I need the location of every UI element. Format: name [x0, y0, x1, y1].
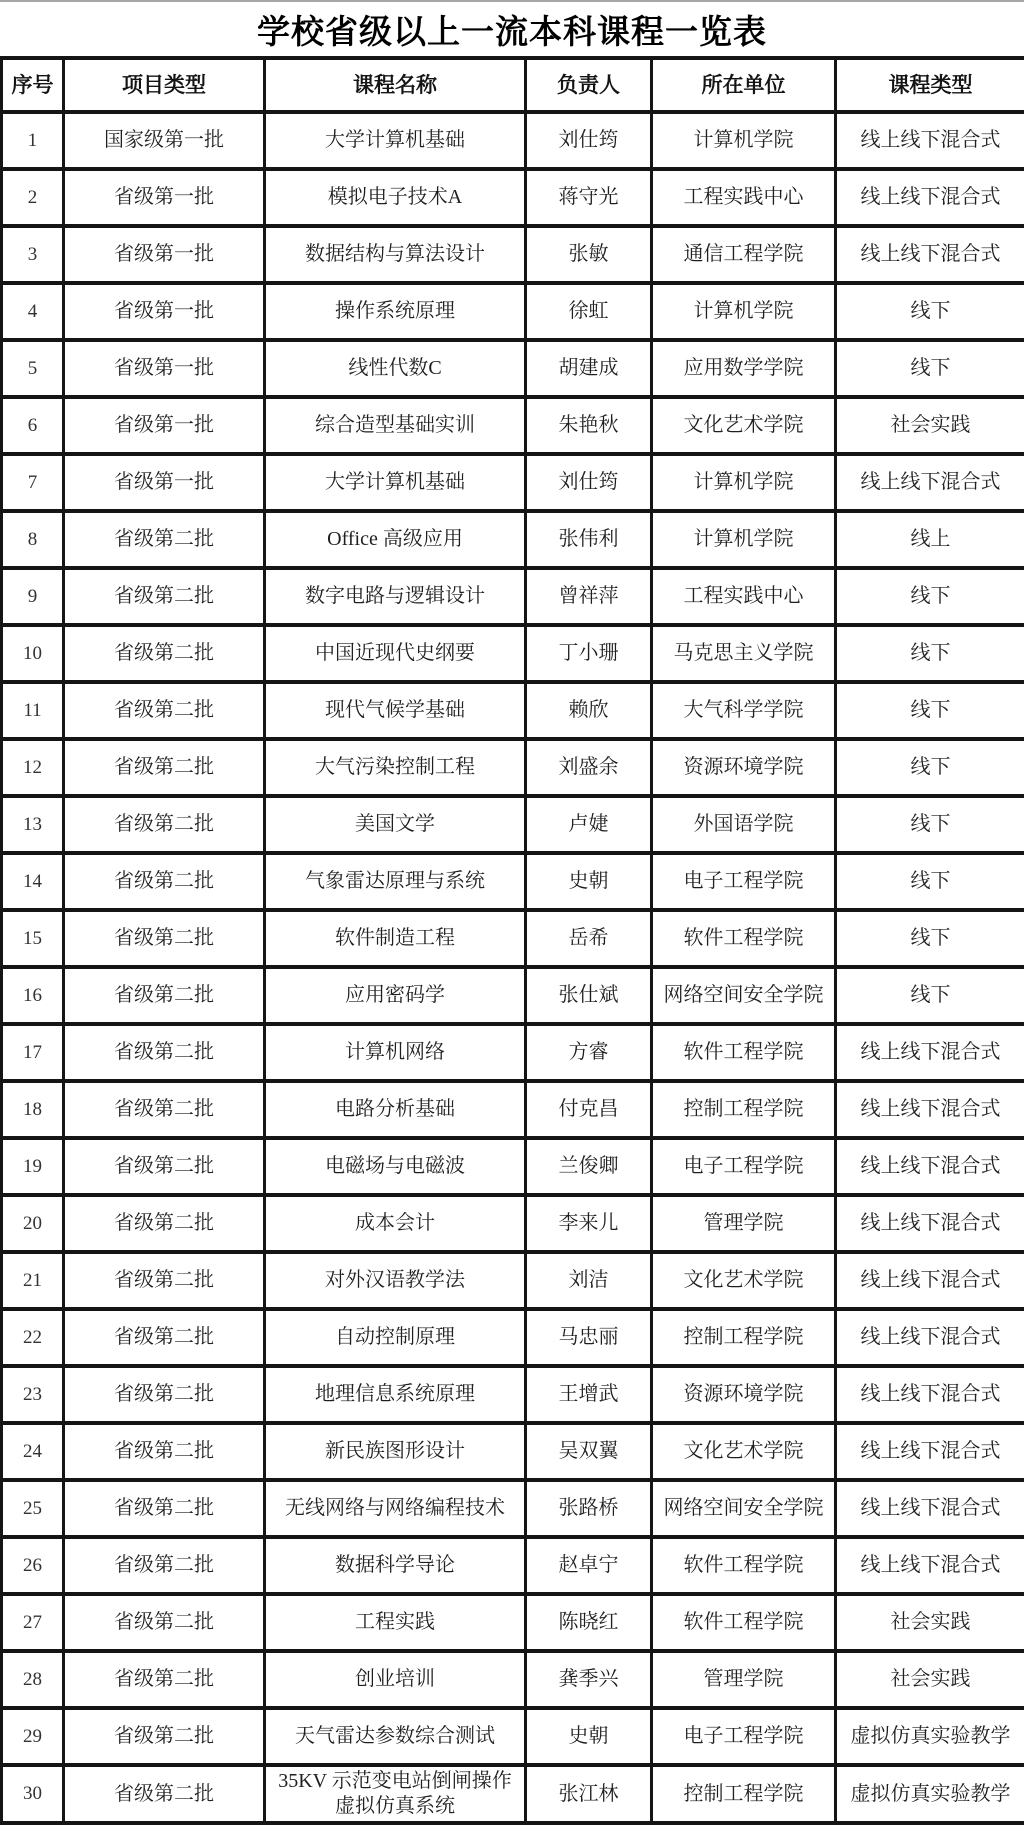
cell-unit: 计算机学院 [652, 112, 836, 169]
cell-course-type: 虚拟仿真实验教学 [836, 1765, 1024, 1823]
course-table-header: 序号 项目类型 课程名称 负责人 所在单位 课程类型 [2, 58, 1024, 112]
table-row: 23省级第二批地理信息系统原理王增武资源环境学院线上线下混合式 [2, 1366, 1024, 1423]
cell-no: 9 [2, 568, 64, 625]
table-row: 28省级第二批创业培训龚季兴管理学院社会实践 [2, 1651, 1024, 1708]
cell-course-name: 工程实践 [265, 1594, 526, 1651]
cell-course-name: 自动控制原理 [265, 1309, 526, 1366]
cell-course-name: Office 高级应用 [265, 511, 526, 568]
cell-course-name: 气象雷达原理与系统 [265, 853, 526, 910]
cell-project-type: 省级第二批 [64, 1765, 265, 1823]
cell-project-type: 省级第二批 [64, 682, 265, 739]
cell-unit: 通信工程学院 [652, 226, 836, 283]
cell-no: 6 [2, 397, 64, 454]
cell-course-name: 美国文学 [265, 796, 526, 853]
cell-no: 22 [2, 1309, 64, 1366]
cell-no: 29 [2, 1708, 64, 1765]
cell-project-type: 省级第二批 [64, 853, 265, 910]
cell-no: 5 [2, 340, 64, 397]
cell-course-type: 线上线下混合式 [836, 112, 1024, 169]
cell-no: 21 [2, 1252, 64, 1309]
cell-course-type: 线上线下混合式 [836, 454, 1024, 511]
cell-course-name: 新民族图形设计 [265, 1423, 526, 1480]
cell-project-type: 省级第一批 [64, 169, 265, 226]
table-row: 24省级第二批新民族图形设计吴双翼文化艺术学院线上线下混合式 [2, 1423, 1024, 1480]
cell-course-type: 线上线下混合式 [836, 169, 1024, 226]
cell-course-type: 线下 [836, 910, 1024, 967]
cell-no: 23 [2, 1366, 64, 1423]
cell-unit: 网络空间安全学院 [652, 967, 836, 1024]
cell-no: 30 [2, 1765, 64, 1823]
cell-project-type: 省级第二批 [64, 910, 265, 967]
cell-unit: 网络空间安全学院 [652, 1480, 836, 1537]
cell-project-type: 省级第一批 [64, 226, 265, 283]
cell-course-type: 线上线下混合式 [836, 1366, 1024, 1423]
table-row: 29省级第二批天气雷达参数综合测试史朝电子工程学院虚拟仿真实验教学 [2, 1708, 1024, 1765]
cell-unit: 控制工程学院 [652, 1309, 836, 1366]
spreadsheet-view: 学校省级以上一流本科课程一览表 序号 项目类型 课程名称 负责人 所在单位 课程… [0, 0, 1024, 1848]
cell-course-type: 线上线下混合式 [836, 1081, 1024, 1138]
cell-leader: 史朝 [526, 853, 652, 910]
cell-project-type: 省级第二批 [64, 1138, 265, 1195]
table-row: 5省级第一批线性代数C胡建成应用数学学院线下 [2, 340, 1024, 397]
page-title: 学校省级以上一流本科课程一览表 [257, 6, 767, 53]
cell-project-type: 省级第一批 [64, 397, 265, 454]
cell-leader: 吴双翼 [526, 1423, 652, 1480]
table-row: 15省级第二批软件制造工程岳希软件工程学院线下 [2, 910, 1024, 967]
cell-project-type: 省级第二批 [64, 1195, 265, 1252]
cell-unit: 工程实践中心 [652, 169, 836, 226]
cell-no: 14 [2, 853, 64, 910]
cell-leader: 刘仕筠 [526, 112, 652, 169]
cell-course-type: 线下 [836, 682, 1024, 739]
cell-course-name: 无线网络与网络编程技术 [265, 1480, 526, 1537]
cell-project-type: 省级第二批 [64, 1651, 265, 1708]
header-unit: 所在单位 [652, 58, 836, 112]
cell-leader: 徐虹 [526, 283, 652, 340]
cell-leader: 陈晓红 [526, 1594, 652, 1651]
table-row: 18省级第二批电路分析基础付克昌控制工程学院线上线下混合式 [2, 1081, 1024, 1138]
cell-unit: 外国语学院 [652, 796, 836, 853]
cell-unit: 软件工程学院 [652, 1594, 836, 1651]
cell-course-type: 线上线下混合式 [836, 1024, 1024, 1081]
cell-no: 2 [2, 169, 64, 226]
cell-leader: 龚季兴 [526, 1651, 652, 1708]
cell-no: 16 [2, 967, 64, 1024]
cell-project-type: 省级第二批 [64, 1081, 265, 1138]
cell-no: 17 [2, 1024, 64, 1081]
cell-course-name: 数据结构与算法设计 [265, 226, 526, 283]
cell-course-name: 成本会计 [265, 1195, 526, 1252]
cell-no: 20 [2, 1195, 64, 1252]
cell-unit: 计算机学院 [652, 511, 836, 568]
cell-leader: 张江林 [526, 1765, 652, 1823]
cell-course-name: 综合造型基础实训 [265, 397, 526, 454]
cell-leader: 张伟利 [526, 511, 652, 568]
cell-no: 10 [2, 625, 64, 682]
cell-project-type: 省级第二批 [64, 1594, 265, 1651]
cell-leader: 卢婕 [526, 796, 652, 853]
table-row: 19省级第二批电磁场与电磁波兰俊卿电子工程学院线上线下混合式 [2, 1138, 1024, 1195]
cell-project-type: 省级第二批 [64, 796, 265, 853]
cell-project-type: 省级第二批 [64, 739, 265, 796]
cell-unit: 电子工程学院 [652, 1138, 836, 1195]
cell-leader: 方睿 [526, 1024, 652, 1081]
cell-no: 28 [2, 1651, 64, 1708]
cell-unit: 大气科学学院 [652, 682, 836, 739]
cell-leader: 胡建成 [526, 340, 652, 397]
cell-leader: 兰俊卿 [526, 1138, 652, 1195]
cell-unit: 工程实践中心 [652, 568, 836, 625]
cell-unit: 文化艺术学院 [652, 397, 836, 454]
cell-course-type: 线下 [836, 739, 1024, 796]
cell-leader: 刘仕筠 [526, 454, 652, 511]
cell-course-name: 大学计算机基础 [265, 112, 526, 169]
header-no: 序号 [2, 58, 64, 112]
cell-project-type: 省级第二批 [64, 1309, 265, 1366]
table-row: 16省级第二批应用密码学张仕斌网络空间安全学院线下 [2, 967, 1024, 1024]
cell-leader: 刘盛余 [526, 739, 652, 796]
cell-unit: 计算机学院 [652, 283, 836, 340]
cell-course-type: 线上线下混合式 [836, 1195, 1024, 1252]
cell-leader: 李来儿 [526, 1195, 652, 1252]
cell-project-type: 国家级第一批 [64, 112, 265, 169]
cell-no: 15 [2, 910, 64, 967]
cell-unit: 文化艺术学院 [652, 1252, 836, 1309]
cell-course-type: 线上线下混合式 [836, 1138, 1024, 1195]
table-row: 25省级第二批无线网络与网络编程技术张路桥网络空间安全学院线上线下混合式 [2, 1480, 1024, 1537]
cell-course-name: 大气污染控制工程 [265, 739, 526, 796]
cell-course-type: 社会实践 [836, 397, 1024, 454]
table-row: 22省级第二批自动控制原理马忠丽控制工程学院线上线下混合式 [2, 1309, 1024, 1366]
table-row: 4省级第一批操作系统原理徐虹计算机学院线下 [2, 283, 1024, 340]
cell-project-type: 省级第二批 [64, 511, 265, 568]
cell-course-name: 操作系统原理 [265, 283, 526, 340]
cell-project-type: 省级第二批 [64, 1024, 265, 1081]
cell-course-type: 线下 [836, 283, 1024, 340]
cell-course-name: 对外汉语教学法 [265, 1252, 526, 1309]
table-row: 9省级第二批数字电路与逻辑设计曾祥萍工程实践中心线下 [2, 568, 1024, 625]
cell-unit: 管理学院 [652, 1651, 836, 1708]
cell-course-type: 线下 [836, 568, 1024, 625]
table-row: 10省级第二批中国近现代史纲要丁小珊马克思主义学院线下 [2, 625, 1024, 682]
cell-course-type: 线上 [836, 511, 1024, 568]
cell-unit: 软件工程学院 [652, 1537, 836, 1594]
cell-leader: 马忠丽 [526, 1309, 652, 1366]
cell-no: 1 [2, 112, 64, 169]
cell-no: 26 [2, 1537, 64, 1594]
cell-course-type: 线上线下混合式 [836, 1480, 1024, 1537]
cell-project-type: 省级第一批 [64, 283, 265, 340]
cell-leader: 张仕斌 [526, 967, 652, 1024]
cell-no: 8 [2, 511, 64, 568]
cell-leader: 丁小珊 [526, 625, 652, 682]
table-row: 2省级第一批模拟电子技术A蒋守光工程实践中心线上线下混合式 [2, 169, 1024, 226]
cell-no: 25 [2, 1480, 64, 1537]
cell-course-name: 地理信息系统原理 [265, 1366, 526, 1423]
cell-leader: 王增武 [526, 1366, 652, 1423]
course-table: 序号 项目类型 课程名称 负责人 所在单位 课程类型 1国家级第一批大学计算机基… [0, 56, 1024, 1825]
cell-course-name: 应用密码学 [265, 967, 526, 1024]
cell-leader: 史朝 [526, 1708, 652, 1765]
cell-project-type: 省级第二批 [64, 1537, 265, 1594]
cell-course-name: 中国近现代史纲要 [265, 625, 526, 682]
cell-unit: 资源环境学院 [652, 739, 836, 796]
cell-course-type: 线上线下混合式 [836, 1252, 1024, 1309]
table-row: 11省级第二批现代气候学基础赖欣大气科学学院线下 [2, 682, 1024, 739]
table-row: 27省级第二批工程实践陈晓红软件工程学院社会实践 [2, 1594, 1024, 1651]
cell-project-type: 省级第二批 [64, 1708, 265, 1765]
cell-leader: 朱艳秋 [526, 397, 652, 454]
table-row: 26省级第二批数据科学导论赵卓宁软件工程学院线上线下混合式 [2, 1537, 1024, 1594]
cell-unit: 应用数学学院 [652, 340, 836, 397]
table-row: 6省级第一批综合造型基础实训朱艳秋文化艺术学院社会实践 [2, 397, 1024, 454]
cell-project-type: 省级第二批 [64, 1366, 265, 1423]
cell-course-type: 线下 [836, 625, 1024, 682]
cell-course-type: 线上线下混合式 [836, 226, 1024, 283]
cell-course-name: 天气雷达参数综合测试 [265, 1708, 526, 1765]
cell-unit: 软件工程学院 [652, 910, 836, 967]
cell-course-name: 数据科学导论 [265, 1537, 526, 1594]
header-course-name: 课程名称 [265, 58, 526, 112]
cell-no: 12 [2, 739, 64, 796]
cell-unit: 电子工程学院 [652, 853, 836, 910]
cell-course-type: 线上线下混合式 [836, 1423, 1024, 1480]
table-row: 7省级第一批大学计算机基础刘仕筠计算机学院线上线下混合式 [2, 454, 1024, 511]
cell-course-type: 线下 [836, 796, 1024, 853]
cell-leader: 张路桥 [526, 1480, 652, 1537]
cell-project-type: 省级第一批 [64, 340, 265, 397]
cell-course-type: 线下 [836, 967, 1024, 1024]
cell-course-name: 大学计算机基础 [265, 454, 526, 511]
table-row: 8省级第二批Office 高级应用张伟利计算机学院线上 [2, 511, 1024, 568]
cell-no: 7 [2, 454, 64, 511]
cell-unit: 电子工程学院 [652, 1708, 836, 1765]
cell-course-name: 电磁场与电磁波 [265, 1138, 526, 1195]
cell-project-type: 省级第二批 [64, 1252, 265, 1309]
table-row: 30省级第二批35KV 示范变电站倒闸操作虚拟仿真系统张江林控制工程学院虚拟仿真… [2, 1765, 1024, 1823]
cell-unit: 控制工程学院 [652, 1081, 836, 1138]
cell-unit: 文化艺术学院 [652, 1423, 836, 1480]
cell-leader: 赖欣 [526, 682, 652, 739]
table-title-bar: 学校省级以上一流本科课程一览表 [0, 0, 1024, 56]
cell-course-name: 电路分析基础 [265, 1081, 526, 1138]
cell-no: 27 [2, 1594, 64, 1651]
cell-no: 19 [2, 1138, 64, 1195]
header-row: 序号 项目类型 课程名称 负责人 所在单位 课程类型 [2, 58, 1024, 112]
cell-project-type: 省级第二批 [64, 568, 265, 625]
cell-course-type: 社会实践 [836, 1594, 1024, 1651]
table-row: 14省级第二批气象雷达原理与系统史朝电子工程学院线下 [2, 853, 1024, 910]
cell-no: 18 [2, 1081, 64, 1138]
cell-course-type: 虚拟仿真实验教学 [836, 1708, 1024, 1765]
cell-no: 11 [2, 682, 64, 739]
cell-leader: 曾祥萍 [526, 568, 652, 625]
table-row: 20省级第二批成本会计李来儿管理学院线上线下混合式 [2, 1195, 1024, 1252]
cell-course-type: 线上线下混合式 [836, 1309, 1024, 1366]
cell-course-name: 创业培训 [265, 1651, 526, 1708]
table-row: 12省级第二批大气污染控制工程刘盛余资源环境学院线下 [2, 739, 1024, 796]
cell-project-type: 省级第二批 [64, 1480, 265, 1537]
cell-project-type: 省级第一批 [64, 454, 265, 511]
cell-unit: 管理学院 [652, 1195, 836, 1252]
cell-leader: 赵卓宁 [526, 1537, 652, 1594]
table-row: 17省级第二批计算机网络方睿软件工程学院线上线下混合式 [2, 1024, 1024, 1081]
cell-project-type: 省级第二批 [64, 625, 265, 682]
header-leader: 负责人 [526, 58, 652, 112]
cell-course-name: 模拟电子技术A [265, 169, 526, 226]
cell-course-type: 社会实践 [836, 1651, 1024, 1708]
cell-no: 24 [2, 1423, 64, 1480]
cell-project-type: 省级第二批 [64, 1423, 265, 1480]
cell-course-name: 线性代数C [265, 340, 526, 397]
cell-leader: 张敏 [526, 226, 652, 283]
cell-leader: 刘洁 [526, 1252, 652, 1309]
cell-no: 13 [2, 796, 64, 853]
table-row: 13省级第二批美国文学卢婕外国语学院线下 [2, 796, 1024, 853]
cell-course-name: 现代气候学基础 [265, 682, 526, 739]
cell-unit: 控制工程学院 [652, 1765, 836, 1823]
cell-leader: 蒋守光 [526, 169, 652, 226]
cell-leader: 岳希 [526, 910, 652, 967]
cell-course-name: 计算机网络 [265, 1024, 526, 1081]
table-row: 1国家级第一批大学计算机基础刘仕筠计算机学院线上线下混合式 [2, 112, 1024, 169]
cell-no: 3 [2, 226, 64, 283]
course-table-body: 1国家级第一批大学计算机基础刘仕筠计算机学院线上线下混合式2省级第一批模拟电子技… [2, 112, 1024, 1823]
cell-course-name: 数字电路与逻辑设计 [265, 568, 526, 625]
cell-unit: 马克思主义学院 [652, 625, 836, 682]
header-project-type: 项目类型 [64, 58, 265, 112]
table-row: 21省级第二批对外汉语教学法刘洁文化艺术学院线上线下混合式 [2, 1252, 1024, 1309]
cell-unit: 资源环境学院 [652, 1366, 836, 1423]
table-row: 3省级第一批数据结构与算法设计张敏通信工程学院线上线下混合式 [2, 226, 1024, 283]
cell-no: 4 [2, 283, 64, 340]
cell-leader: 付克昌 [526, 1081, 652, 1138]
cell-course-type: 线下 [836, 340, 1024, 397]
cell-course-name: 软件制造工程 [265, 910, 526, 967]
cell-unit: 计算机学院 [652, 454, 836, 511]
cell-course-type: 线下 [836, 853, 1024, 910]
cell-course-type: 线上线下混合式 [836, 1537, 1024, 1594]
cell-unit: 软件工程学院 [652, 1024, 836, 1081]
cell-course-name: 35KV 示范变电站倒闸操作虚拟仿真系统 [265, 1765, 526, 1823]
cell-project-type: 省级第二批 [64, 967, 265, 1024]
header-course-type: 课程类型 [836, 58, 1024, 112]
